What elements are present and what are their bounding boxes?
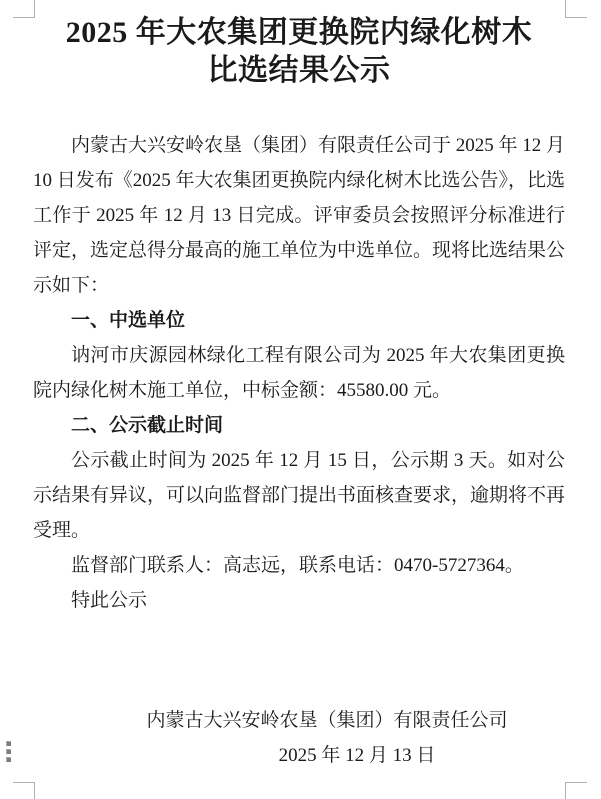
- crop-mark-bottom-left: [13, 782, 35, 799]
- document-body: 内蒙古大兴安岭农垦（集团）有限责任公司于 2025 年 12 月 10 日发布《…: [33, 128, 565, 773]
- document-title: 2025 年大农集团更换院内绿化树木 比选结果公示: [33, 14, 565, 90]
- document-title-line2: 比选结果公示: [33, 52, 565, 90]
- crop-mark-top-left: [13, 0, 35, 18]
- section-heading-winner: 一、中选单位: [33, 303, 565, 338]
- signature-date: 2025 年 12 月 13 日: [91, 738, 601, 773]
- closing-statement: 特此公示: [33, 583, 565, 618]
- document-title-line1: 2025 年大农集团更换院内绿化树木: [33, 14, 565, 52]
- document-page: 2025 年大农集团更换院内绿化树木 比选结果公示 内蒙古大兴安岭农垦（集团）有…: [0, 0, 601, 799]
- contact-paragraph: 监督部门联系人：高志远，联系电话：0470-5727364。: [33, 548, 565, 583]
- winner-paragraph: 讷河市庆源园林绿化工程有限公司为 2025 年大农集团更换院内绿化树木施工单位，…: [33, 338, 565, 408]
- edge-dot: [6, 757, 11, 762]
- crop-mark-bottom-right: [565, 782, 587, 799]
- signature-block: 内蒙古大兴安岭农垦（集团）有限责任公司 2025 年 12 月 13 日: [33, 703, 565, 773]
- signature-company: 内蒙古大兴安岭农垦（集团）有限责任公司: [61, 703, 593, 738]
- deadline-paragraph: 公示截止时间为 2025 年 12 月 15 日，公示期 3 天。如对公示结果有…: [33, 443, 565, 548]
- intro-paragraph: 内蒙古大兴安岭农垦（集团）有限责任公司于 2025 年 12 月 10 日发布《…: [33, 128, 565, 303]
- edge-dot: [6, 741, 11, 746]
- page-edge-markers: [6, 741, 11, 765]
- crop-mark-top-right: [565, 0, 587, 18]
- section-heading-deadline: 二、公示截止时间: [33, 408, 565, 443]
- edge-dot: [6, 749, 11, 754]
- document-content: 2025 年大农集团更换院内绿化树木 比选结果公示 内蒙古大兴安岭农垦（集团）有…: [33, 0, 565, 773]
